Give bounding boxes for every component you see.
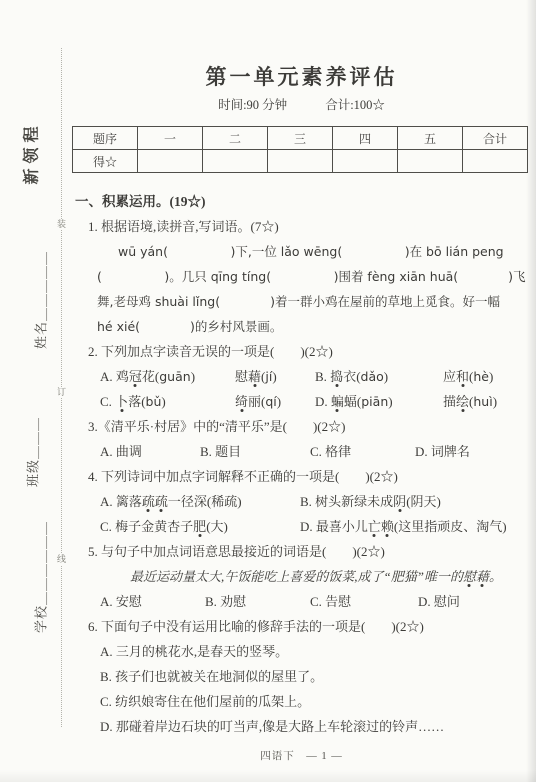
score-col-header: 五	[398, 127, 463, 150]
option-d: D. 词牌名	[415, 439, 470, 464]
question-2-stem: 2. 下列加点字读音无误的一项是( )(2☆)	[75, 339, 528, 364]
student-name-field: 姓名＿＿＿＿＿	[31, 251, 50, 349]
question-5: 5. 与句子中加点词语意思最接近的词语是( )(2☆) 最近运动量太大,午饭能吃…	[75, 539, 528, 614]
option-a: A. 篱落疏疏一径深(稀疏)	[100, 489, 300, 514]
binding-char-ding: 订	[56, 387, 67, 398]
exam-meta: 时间:90 分钟 合计:100☆	[75, 97, 528, 114]
question-4-options-row: A. 篱落疏疏一径深(稀疏) B. 树头新绿未成阴(阴天)	[75, 489, 528, 514]
option-a2: 慰藉(jí)	[235, 364, 315, 389]
question-5-example-sentence: 最近运动量太大,午饭能吃上喜爱的饭菜,成了“肥猫”唯一的慰藉。	[75, 564, 528, 589]
binding-char-zhuang: 装	[56, 219, 67, 230]
score-value-cell	[398, 150, 463, 173]
exam-title: 第一单元素养评估	[75, 64, 528, 90]
option-d2: 描绘(huì)	[443, 389, 497, 414]
class-field: 班级＿＿＿	[23, 417, 42, 487]
option-c2: 绮丽(qí)	[235, 389, 315, 414]
option-b: B. 劝慰	[205, 589, 310, 614]
score-value-cell	[333, 150, 398, 173]
question-1-line: ( )。几只 qīng tíng( )围着 fèng xiān huā( )飞	[75, 264, 528, 289]
question-2-options-row: C. 卜落(bǔ) 绮丽(qí) D. 蝙蝠(piān) 描绘(huì)	[75, 389, 528, 414]
question-4: 4. 下列诗词中加点字词解释不正确的一项是( )(2☆) A. 篱落疏疏一径深(…	[75, 464, 528, 539]
option-a: A. 三月的桃花水,是春天的竖琴。	[75, 639, 528, 664]
question-6-stem: 6. 下面句子中没有运用比喻的修辞手法的一项是( )(2☆)	[75, 614, 528, 639]
school-field: 学校＿＿＿＿＿＿	[31, 521, 50, 633]
total-score-label: 合计:100☆	[325, 97, 385, 114]
binding-char-xian: 线	[56, 554, 67, 565]
question-1-line: hé xié( )的乡村风景画。	[75, 314, 528, 339]
question-1: 1. 根据语境,读拼音,写词语。(7☆) wū yán( )下,一位 lǎo w…	[75, 214, 528, 339]
option-b: B. 题目	[200, 439, 310, 464]
score-value-cell	[138, 150, 203, 173]
score-col-header: 二	[203, 127, 268, 150]
score-col-header: 合计	[463, 127, 528, 150]
question-6: 6. 下面句子中没有运用比喻的修辞手法的一项是( )(2☆) A. 三月的桃花水…	[75, 614, 528, 739]
option-a: A. 鸡冠花(guān)	[100, 364, 235, 389]
scan-bottom-shadow	[0, 770, 536, 782]
score-value-cell	[203, 150, 268, 173]
exam-content: 第一单元素养评估 时间:90 分钟 合计:100☆ 题序 一 二 三 四 五 合…	[75, 0, 528, 764]
score-col-header: 四	[333, 127, 398, 150]
question-3: 3.《清平乐·村居》中的“清平乐”是( )(2☆) A. 曲调 B. 题目 C.…	[75, 414, 528, 464]
question-2: 2. 下列加点字读音无误的一项是( )(2☆) A. 鸡冠花(guān) 慰藉(…	[75, 339, 528, 414]
page-footer: 四语下 — 1 —	[75, 750, 528, 764]
option-c: C. 告慰	[310, 589, 418, 614]
question-3-stem: 3.《清平乐·村居》中的“清平乐”是( )(2☆)	[75, 414, 528, 439]
score-table-header-row: 题序 一 二 三 四 五 合计	[73, 127, 528, 150]
question-4-options-row: C. 梅子金黄杏子肥(大) D. 最喜小儿亡赖(这里指顽皮、淘气)	[75, 514, 528, 539]
option-b: B. 捣衣(dǎo)	[315, 364, 443, 389]
question-1-stem: 1. 根据语境,读拼音,写词语。(7☆)	[75, 214, 528, 239]
score-table-value-row: 得☆	[73, 150, 528, 173]
score-row-label: 得☆	[73, 150, 138, 173]
option-c: C. 纺织娘寄住在他们屋前的瓜架上。	[75, 689, 528, 714]
score-value-cell	[268, 150, 333, 173]
score-col-header: 一	[138, 127, 203, 150]
option-d: D. 最喜小儿亡赖(这里指顽皮、淘气)	[300, 514, 507, 539]
score-table: 题序 一 二 三 四 五 合计 得☆	[72, 126, 528, 173]
question-1-line: wū yán( )下,一位 lǎo wēng( )在 bō lián peng	[75, 239, 528, 264]
option-d: D. 那碰着岸边石块的叮当声,像是大路上车轮滚过的铃声……	[75, 714, 528, 739]
option-d: D. 蝙蝠(piān)	[315, 389, 443, 414]
question-5-stem: 5. 与句子中加点词语意思最接近的词语是( )(2☆)	[75, 539, 528, 564]
option-b: B. 树头新绿未成阴(阴天)	[300, 489, 441, 514]
option-d: D. 慰问	[418, 589, 460, 614]
time-limit-label: 时间:90 分钟	[218, 97, 287, 114]
section-heading: 一、积累运用。(19☆)	[75, 189, 528, 214]
question-4-stem: 4. 下列诗词中加点字词解释不正确的一项是( )(2☆)	[75, 464, 528, 489]
score-col-header: 题序	[73, 127, 138, 150]
question-3-options-row: A. 曲调 B. 题目 C. 格律 D. 词牌名	[75, 439, 528, 464]
option-b2: 应和(hè)	[443, 364, 493, 389]
option-c: C. 格律	[310, 439, 415, 464]
brand-logo: 新领程	[19, 121, 42, 184]
score-col-header: 三	[268, 127, 333, 150]
question-2-options-row: A. 鸡冠花(guān) 慰藉(jí) B. 捣衣(dǎo) 应和(hè)	[75, 364, 528, 389]
option-a: A. 安慰	[100, 589, 205, 614]
question-1-line: 舞,老母鸡 shuài lǐng( )着一群小鸡在屋前的草地上觅食。好一幅	[75, 289, 528, 314]
option-b: B. 孩子们也就被关在地洞似的屋里了。	[75, 664, 528, 689]
option-c: C. 卜落(bǔ)	[100, 389, 235, 414]
option-a: A. 曲调	[100, 439, 200, 464]
option-c: C. 梅子金黄杏子肥(大)	[100, 514, 300, 539]
question-5-options-row: A. 安慰 B. 劝慰 C. 告慰 D. 慰问	[75, 589, 528, 614]
score-value-cell	[463, 150, 528, 173]
